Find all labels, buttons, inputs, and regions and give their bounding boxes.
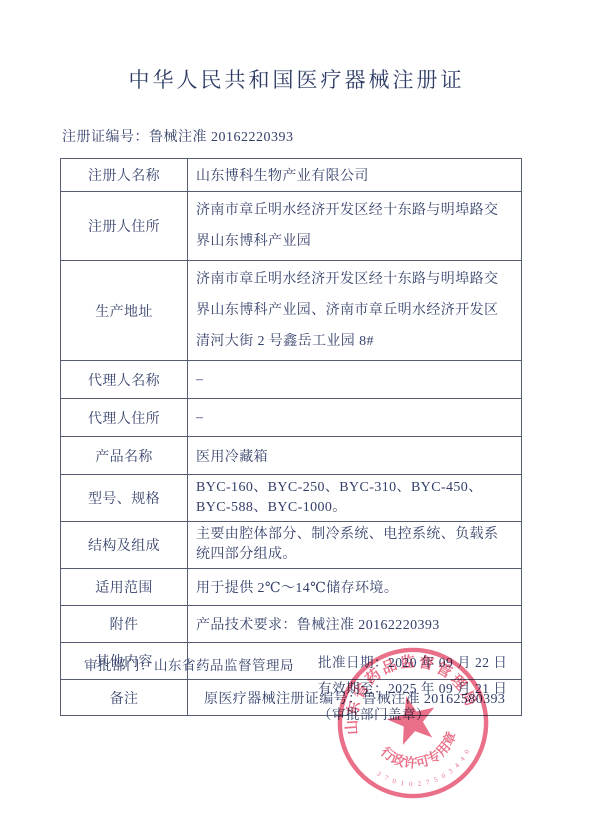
svg-text:7: 7 [383, 775, 390, 783]
approval-department: 审批部门：山东省药品监督管理局 [84, 654, 294, 674]
row-label: 附件 [61, 606, 188, 643]
table-row: 适用范围 用于提供 2℃～14℃储存环境。 [61, 569, 522, 606]
row-label: 生产地址 [61, 261, 188, 361]
row-label: 注册人住所 [61, 192, 188, 261]
svg-text:2: 2 [417, 781, 422, 788]
table-row: 注册人住所 济南市章丘明水经济开发区经十东路与明埠路交界山东博科产业园 [61, 192, 522, 261]
svg-text:品: 品 [379, 656, 399, 677]
svg-text:7: 7 [425, 779, 431, 787]
svg-text:监: 监 [399, 652, 416, 671]
svg-text:3: 3 [447, 767, 454, 775]
row-label: 结构及组成 [61, 522, 188, 569]
row-value: 山东博科生物产业有限公司 [188, 159, 522, 192]
svg-text:3: 3 [375, 770, 382, 778]
table-row: 注册人名称 山东博科生物产业有限公司 [61, 159, 522, 192]
svg-text:1: 1 [400, 780, 405, 788]
row-label: 代理人住所 [61, 399, 188, 437]
row-label: 备注 [61, 680, 188, 716]
row-label: 适用范围 [61, 569, 188, 606]
svg-text:督: 督 [417, 654, 435, 674]
row-label: 产品名称 [61, 437, 188, 475]
row-value: BYC-160、BYC-250、BYC-310、BYC-450、BYC-588、… [188, 475, 522, 522]
cert-number-line: 注册证编号：鲁械注准 20162220393 [62, 126, 294, 146]
svg-text:0: 0 [391, 778, 397, 786]
row-value: 济南市章丘明水经济开发区经十东路与明埠路交界山东博科产业园 [188, 192, 522, 261]
svg-text:0: 0 [464, 748, 472, 755]
row-label: 代理人名称 [61, 361, 188, 399]
row-label: 型号、规格 [61, 475, 188, 522]
table-row: 代理人名称 – [61, 361, 522, 399]
svg-text:0: 0 [441, 772, 448, 780]
svg-text:5: 5 [433, 776, 439, 784]
page-title: 中华人民共和国医疗器械注册证 [0, 64, 593, 94]
svg-text:山: 山 [343, 719, 361, 735]
svg-text:0: 0 [409, 781, 413, 788]
row-value: 主要由腔体部分、制冷系统、电控系统、负载系统四部分组成。 [188, 522, 522, 569]
row-label: 注册人名称 [61, 159, 188, 192]
svg-text:局: 局 [458, 688, 480, 709]
row-value: 医用冷藏箱 [188, 437, 522, 475]
row-value: – [188, 399, 522, 437]
svg-text:4: 4 [459, 755, 467, 762]
certificate-page: 中华人民共和国医疗器械注册证 注册证编号：鲁械注准 20162220393 注册… [0, 0, 593, 828]
svg-text:东: 东 [343, 699, 364, 718]
svg-text:4: 4 [454, 762, 462, 770]
table-row: 代理人住所 – [61, 399, 522, 437]
table-row: 生产地址 济南市章丘明水经济开发区经十东路与明埠路交界山东博科产业园、济南市章丘… [61, 261, 522, 361]
table-row: 型号、规格 BYC-160、BYC-250、BYC-310、BYC-450、BY… [61, 475, 522, 522]
star-icon [383, 690, 442, 747]
row-value: 用于提供 2℃～14℃储存环境。 [188, 569, 522, 606]
row-value: 济南市章丘明水经济开发区经十东路与明埠路交界山东博科产业园、济南市章丘明水经济开… [188, 261, 522, 361]
table-row: 产品名称 医用冷藏箱 [61, 437, 522, 475]
table-row: 结构及组成 主要由腔体部分、制冷系统、电控系统、负载系统四部分组成。 [61, 522, 522, 569]
row-value: – [188, 361, 522, 399]
